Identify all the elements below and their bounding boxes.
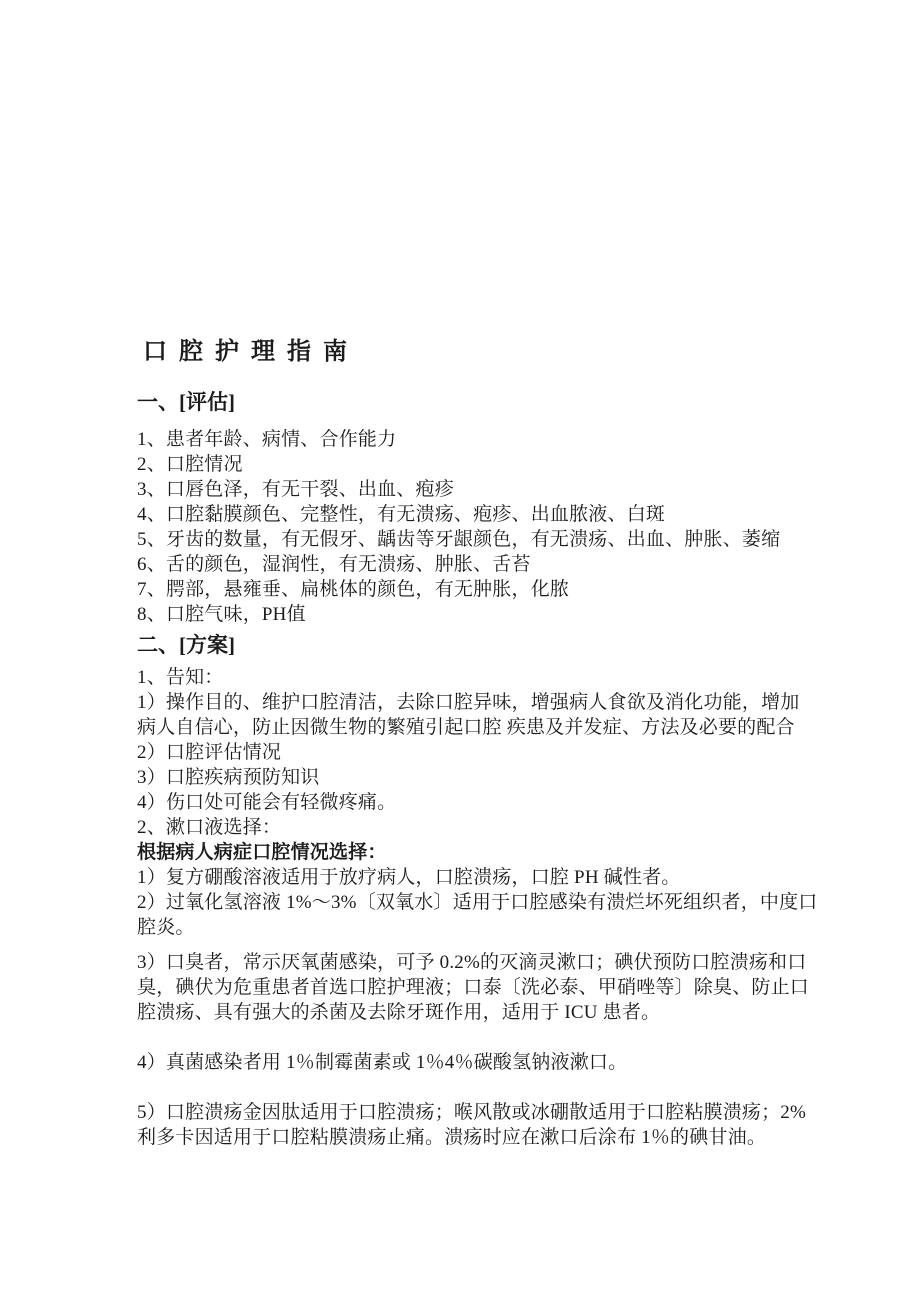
plan-line-ulcer-2: 利多卡因适用于口腔粘膜溃疡止痛。溃疡时应在漱口后涂布 1％的碘甘油。 <box>137 1125 807 1150</box>
assessment-item-7: 7、腭部，悬雍垂、扁桃体的颜色，有无肿胀，化脓 <box>137 577 807 602</box>
plan-line-choose-by-condition: 根据病人病症口腔情况选择： <box>137 840 807 865</box>
plan-line-halitosis-1: 3）口臭者，常示厌氧菌感染，可予 0.2%的灭滴灵漱口；碘伏预防口腔溃疡和口 <box>137 950 807 975</box>
plan-line-hydrogen-peroxide-1: 2）过氧化氢溶液 1%～3%〔双氧水〕适用于口腔感染有溃烂坏死组织者，中度口 <box>137 890 807 915</box>
section-plan-heading: 二、[方案] <box>137 629 235 659</box>
assessment-item-1: 1、患者年龄、病情、合作能力 <box>137 427 807 452</box>
plan-line-hydrogen-peroxide-2: 腔炎。 <box>137 915 807 940</box>
plan-line-halitosis-3: 腔溃疡、具有强大的杀菌及去除牙斑作用，适用于 ICU 患者。 <box>137 1000 807 1025</box>
assessment-list: 1、患者年龄、病情、合作能力 2、口腔情况 3、口唇色泽，有无干裂、出血、疱疹 … <box>137 427 807 627</box>
plan-line-boric-acid: 1）复方硼酸溶液适用于放疗病人，口腔溃疡，口腔 PH 碱性者。 <box>137 865 807 890</box>
plan-line-wound-pain: 4）伤口处可能会有轻微疼痛。 <box>137 790 807 815</box>
assessment-item-4: 4、口腔黏膜颜色、完整性，有无溃疡、疱疹、出血脓液、白斑 <box>137 502 807 527</box>
plan-line-oral-evaluation: 2）口腔评估情况 <box>137 740 807 765</box>
assessment-item-3: 3、口唇色泽，有无干裂、出血、疱疹 <box>137 477 807 502</box>
blank-line <box>137 1025 807 1050</box>
plan-line-halitosis-2: 臭，碘伏为危重患者首选口腔护理液；口泰〔洗必泰、甲硝唑等〕除臭、防止口 <box>137 975 807 1000</box>
plan-line-ulcer-1: 5）口腔溃疡金因肽适用于口腔溃疡；喉风散或冰硼散适用于口腔粘膜溃疡；2% <box>137 1100 807 1125</box>
plan-line-inform: 1、告知： <box>137 665 807 690</box>
document-page: 口 腔 护 理 指 南 一、[评估] 1、患者年龄、病情、合作能力 2、口腔情况… <box>0 0 920 1302</box>
plan-line-prevention-knowledge: 3）口腔疾病预防知识 <box>137 765 807 790</box>
plan-line-mouthwash-choice: 2、漱口液选择： <box>137 815 807 840</box>
assessment-item-6: 6、舌的颜色，湿润性，有无溃疡、肿胀、舌苔 <box>137 552 807 577</box>
assessment-item-2: 2、口腔情况 <box>137 452 807 477</box>
plan-paragraphs: 1、告知： 1）操作目的、维护口腔清洁，去除口腔异味，增强病人食欲及消化功能，增… <box>137 665 807 1150</box>
plan-line-fungal-infection: 4）真菌感染者用 1％制霉菌素或 1％4％碳酸氢钠液漱口。 <box>137 1050 807 1075</box>
blank-line <box>137 1075 807 1100</box>
assessment-item-5: 5、牙齿的数量，有无假牙、龋齿等牙龈颜色，有无溃疡、出血、肿胀、萎缩 <box>137 527 807 552</box>
plan-line-purpose-2: 病人自信心，防止因微生物的繁殖引起口腔 疾患及并发症、方法及必要的配合 <box>137 715 807 740</box>
plan-line-purpose-1: 1）操作目的、维护口腔清洁，去除口腔异味，增强病人食欲及消化功能，增加 <box>137 690 807 715</box>
assessment-item-8: 8、口腔气味，PH值 <box>137 602 807 627</box>
document-title: 口 腔 护 理 指 南 <box>143 331 348 366</box>
section-assessment-heading: 一、[评估] <box>137 386 235 416</box>
